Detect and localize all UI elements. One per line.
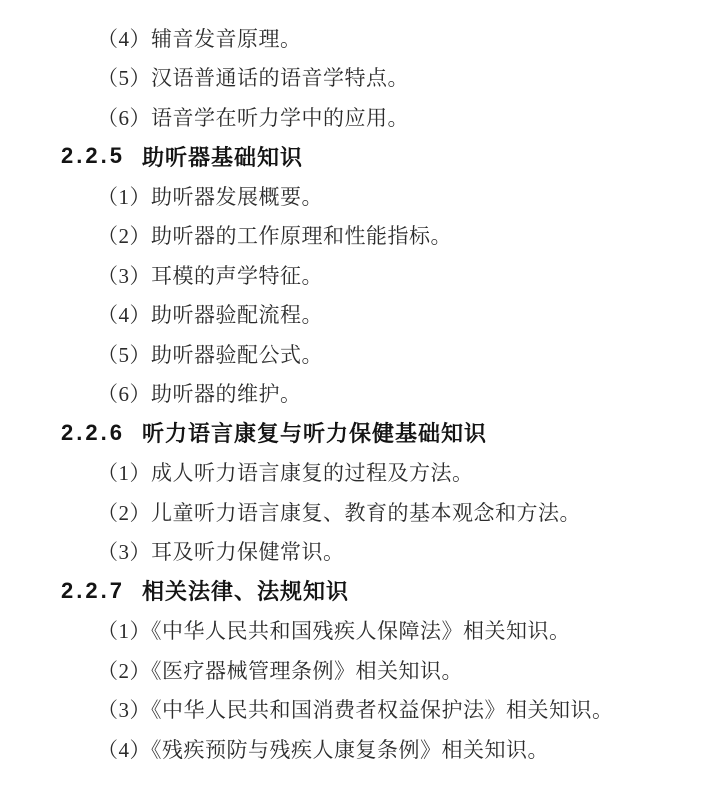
list-item: （2）《医疗器械管理条例》相关知识。 <box>0 650 720 690</box>
list-item: （4）助听器验配流程。 <box>0 295 720 335</box>
list-item: （3）耳模的声学特征。 <box>0 255 720 295</box>
section-heading: 2.2.5助听器基础知识 <box>0 137 720 177</box>
list-item: （6）助听器的维护。 <box>0 374 720 414</box>
section-heading: 2.2.6听力语言康复与听力保健基础知识 <box>0 413 720 453</box>
list-item: （4）辅音发音原理。 <box>0 18 720 58</box>
list-item: （4）《残疾预防与残疾人康复条例》相关知识。 <box>0 729 720 769</box>
section-title: 相关法律、法规知识 <box>142 575 349 606</box>
section-number: 2.2.6 <box>61 420 125 446</box>
document-content: （4）辅音发音原理。（5）汉语普通话的语音学特点。（6）语音学在听力学中的应用。… <box>0 0 720 769</box>
section-title: 听力语言康复与听力保健基础知识 <box>142 417 487 448</box>
list-item: （1）《中华人民共和国残疾人保障法》相关知识。 <box>0 611 720 651</box>
section-heading: 2.2.7相关法律、法规知识 <box>0 571 720 611</box>
list-item: （2）儿童听力语言康复、教育的基本观念和方法。 <box>0 492 720 532</box>
document-page: （4）辅音发音原理。（5）汉语普通话的语音学特点。（6）语音学在听力学中的应用。… <box>0 0 720 800</box>
list-item: （6）语音学在听力学中的应用。 <box>0 97 720 137</box>
list-item: （2）助听器的工作原理和性能指标。 <box>0 216 720 256</box>
list-item: （5）助听器验配公式。 <box>0 334 720 374</box>
section-number: 2.2.7 <box>61 578 125 604</box>
list-item: （5）汉语普通话的语音学特点。 <box>0 58 720 98</box>
list-item: （1）助听器发展概要。 <box>0 176 720 216</box>
section-number: 2.2.5 <box>61 143 125 169</box>
list-item: （3）耳及听力保健常识。 <box>0 532 720 572</box>
list-item: （3）《中华人民共和国消费者权益保护法》相关知识。 <box>0 690 720 730</box>
section-title: 助听器基础知识 <box>142 141 303 172</box>
list-item: （1）成人听力语言康复的过程及方法。 <box>0 453 720 493</box>
